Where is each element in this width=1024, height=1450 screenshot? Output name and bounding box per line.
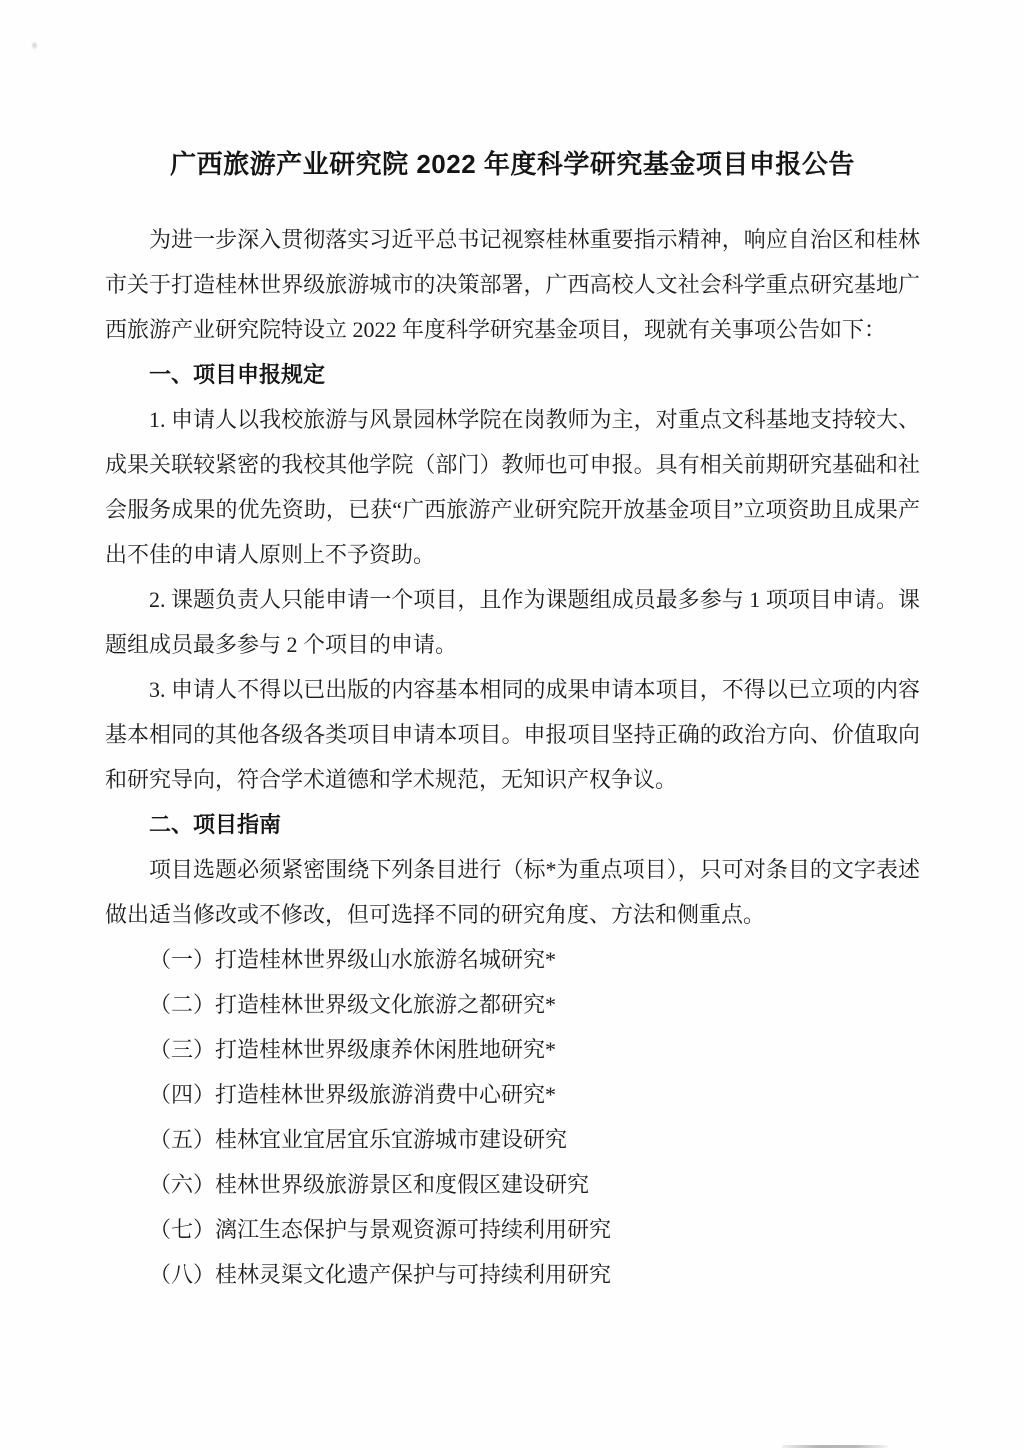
- document-title: 广西旅游产业研究院 2022 年度科学研究基金项目申报公告: [105, 143, 920, 185]
- topic-item-6: （六）桂林世界级旅游景区和度假区建设研究: [105, 1162, 920, 1207]
- document-body: 为进一步深入贯彻落实习近平总书记视察桂林重要指示精神，响应自治区和桂林市关于打造…: [105, 217, 920, 1297]
- topic-item-8: （八）桂林灵渠文化遗产保护与可持续利用研究: [105, 1252, 920, 1297]
- section-1-paragraph-2: 2. 课题负责人只能申请一个项目，且作为课题组成员最多参与 1 项项目申请。课题…: [105, 577, 920, 667]
- topic-item-3: （三）打造桂林世界级康养休闲胜地研究*: [105, 1027, 920, 1072]
- topic-item-5: （五）桂林宜业宜居宜乐宜游城市建设研究: [105, 1117, 920, 1162]
- topic-list: （一）打造桂林世界级山水旅游名城研究* （二）打造桂林世界级文化旅游之都研究* …: [105, 937, 920, 1297]
- topic-item-1: （一）打造桂林世界级山水旅游名城研究*: [105, 937, 920, 982]
- section-2-heading: 二、项目指南: [105, 802, 920, 847]
- document-page: 广西旅游产业研究院 2022 年度科学研究基金项目申报公告 为进一步深入贯彻落实…: [0, 0, 1024, 1450]
- topic-item-4: （四）打造桂林世界级旅游消费中心研究*: [105, 1072, 920, 1117]
- topic-item-7: （七）漓江生态保护与景观资源可持续利用研究: [105, 1207, 920, 1252]
- page-edge-shadow-artifact: [782, 1445, 888, 1448]
- section-1-paragraph-3: 3. 申请人不得以已出版的内容基本相同的成果申请本项目，不得以已立项的内容基本相…: [105, 667, 920, 802]
- section-1-paragraph-1: 1. 申请人以我校旅游与风景园林学院在岗教师为主，对重点文科基地支持较大、成果关…: [105, 397, 920, 577]
- section-2-paragraph-1: 项目选题必须紧密围绕下列条目进行（标*为重点项目），只可对条目的文字表述做出适当…: [105, 847, 920, 937]
- section-1-heading: 一、项目申报规定: [105, 352, 920, 397]
- intro-paragraph: 为进一步深入贯彻落实习近平总书记视察桂林重要指示精神，响应自治区和桂林市关于打造…: [105, 217, 920, 352]
- scan-speck-artifact: [31, 41, 38, 50]
- topic-item-2: （二）打造桂林世界级文化旅游之都研究*: [105, 982, 920, 1027]
